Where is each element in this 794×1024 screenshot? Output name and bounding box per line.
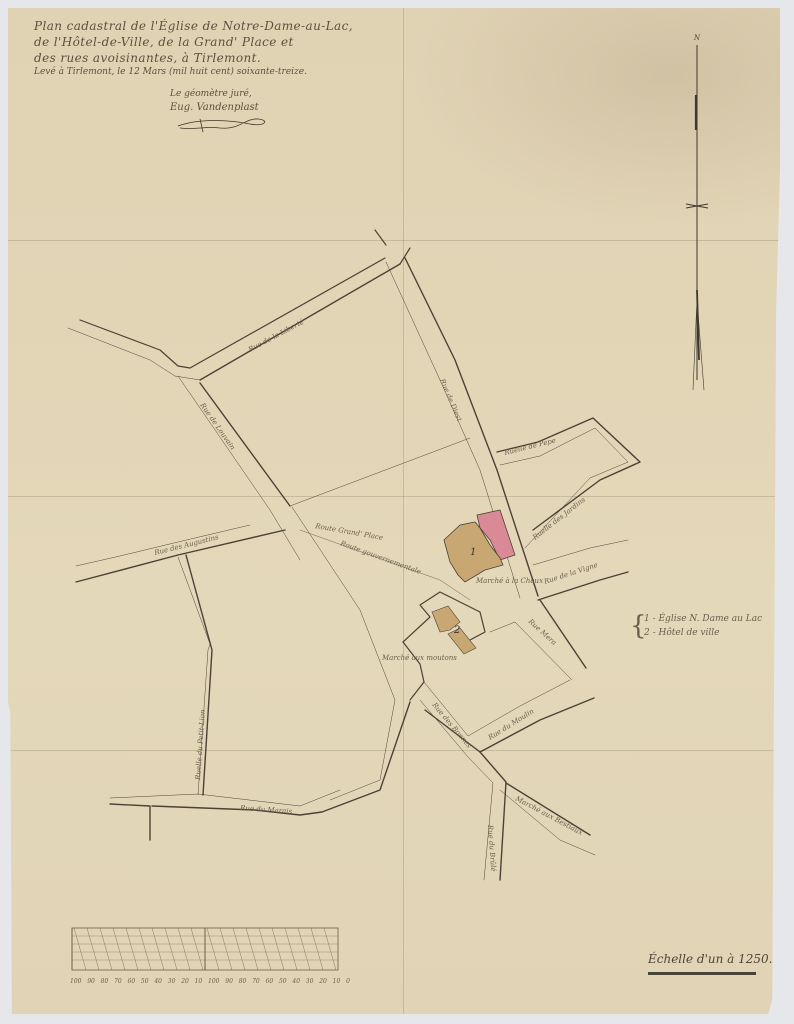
tick-label: 50 bbox=[141, 978, 149, 985]
parcel-line bbox=[290, 438, 470, 506]
legend-item: 2 - Hôtel de ville bbox=[644, 626, 762, 640]
church-building: 1 bbox=[444, 510, 515, 582]
tick-label: 40 bbox=[154, 978, 162, 985]
tick-label: 70 bbox=[114, 978, 122, 985]
street-edge bbox=[76, 530, 285, 582]
tick-label: 90 bbox=[225, 978, 233, 985]
tick-label: 0 bbox=[346, 978, 350, 985]
street-edge bbox=[152, 702, 410, 815]
street-label: Rue du Marais bbox=[239, 804, 293, 816]
street-label: Route gouvernementale bbox=[338, 539, 422, 576]
tick-label: 100 bbox=[208, 978, 219, 985]
street-edge bbox=[292, 507, 395, 800]
tick-label: 80 bbox=[239, 978, 247, 985]
street-label: Rue du Moulin bbox=[486, 707, 536, 742]
north-arrow: N bbox=[686, 34, 708, 390]
tick-label: 50 bbox=[279, 978, 287, 985]
tick-label: 60 bbox=[266, 978, 274, 985]
north-mark: N bbox=[693, 34, 701, 42]
church-number: 1 bbox=[470, 547, 476, 558]
street-edge bbox=[110, 790, 340, 806]
street-edge bbox=[375, 230, 386, 245]
tick-label: 90 bbox=[87, 978, 95, 985]
graphic-scale bbox=[72, 928, 338, 970]
flourish-icon bbox=[170, 114, 280, 134]
street-edge bbox=[68, 328, 200, 380]
street-label: Rue du Brûlé bbox=[486, 824, 497, 872]
tick-label: 100 bbox=[70, 978, 81, 985]
street-label: Marché à la Chaux bbox=[475, 577, 543, 585]
street-label: Rue des Bonnes bbox=[430, 700, 473, 750]
street-label: Ruelle de Pepe bbox=[503, 436, 557, 457]
street-label: Ruelle des Jardins bbox=[531, 495, 588, 542]
town-hall-number: 2 bbox=[453, 625, 460, 636]
street-label: Rue Mera bbox=[526, 617, 558, 647]
street-edge bbox=[178, 376, 300, 560]
signature-block: Le géomètre juré, Eug. Vandenplast bbox=[170, 88, 280, 139]
tick-label: 20 bbox=[181, 978, 189, 985]
tick-label: 30 bbox=[306, 978, 314, 985]
street-label: Rue de Diest bbox=[438, 377, 464, 423]
street-label: Route Grand' Place bbox=[314, 522, 384, 542]
map-title: Plan cadastral de l'Église de Notre-Dame… bbox=[34, 18, 414, 79]
tick-label: 30 bbox=[168, 978, 176, 985]
scale-tick-labels: 100 90 80 70 60 50 40 30 20 10 100 90 80… bbox=[70, 978, 350, 985]
attestation: Le géomètre juré, bbox=[170, 88, 280, 101]
title-line-2: de l'Hôtel-de-Ville, de la Grand' Place … bbox=[34, 34, 414, 50]
title-line-1: Plan cadastral de l'Église de Notre-Dame… bbox=[34, 18, 414, 34]
street-edge bbox=[480, 698, 594, 752]
tick-label: 20 bbox=[319, 978, 327, 985]
legend: { 1 - Église N. Dame au Lac 2 - Hôtel de… bbox=[632, 612, 762, 640]
tick-label: 40 bbox=[292, 978, 300, 985]
street-label: Marché aux moutons bbox=[381, 654, 457, 662]
title-line-3: des rues avoisinantes, à Tirlemont. bbox=[34, 50, 414, 66]
street-edge bbox=[80, 258, 385, 368]
surveyor-signature: Eug. Vandenplast bbox=[170, 101, 280, 114]
cadastral-map: 1 2 Rue de la Liberté Rue de Louvain Rue… bbox=[0, 0, 794, 1024]
parcel-edge bbox=[403, 642, 424, 700]
legend-item: 1 - Église N. Dame au Lac bbox=[644, 612, 762, 626]
street-edge bbox=[110, 804, 150, 840]
street-edge bbox=[76, 525, 250, 566]
town-hall-building: 2 bbox=[432, 606, 476, 654]
date-line: Levé à Tirlemont, le 12 Mars (mil huit c… bbox=[34, 66, 414, 79]
tick-label: 10 bbox=[195, 978, 203, 985]
street-edge bbox=[533, 540, 628, 565]
tick-label: 10 bbox=[333, 978, 341, 985]
tick-label: 60 bbox=[128, 978, 136, 985]
street-edge bbox=[200, 383, 290, 506]
tick-label: 70 bbox=[252, 978, 260, 985]
town-hall-wing bbox=[448, 628, 476, 654]
parcel-edge bbox=[490, 622, 572, 680]
scale-underline bbox=[648, 972, 756, 975]
brace-icon: { bbox=[630, 612, 647, 640]
scale-label: Échelle d'un à 1250. bbox=[648, 952, 772, 966]
street-label: Rue de la Liberté bbox=[246, 318, 305, 354]
tick-label: 80 bbox=[101, 978, 109, 985]
street-edge bbox=[400, 248, 410, 264]
